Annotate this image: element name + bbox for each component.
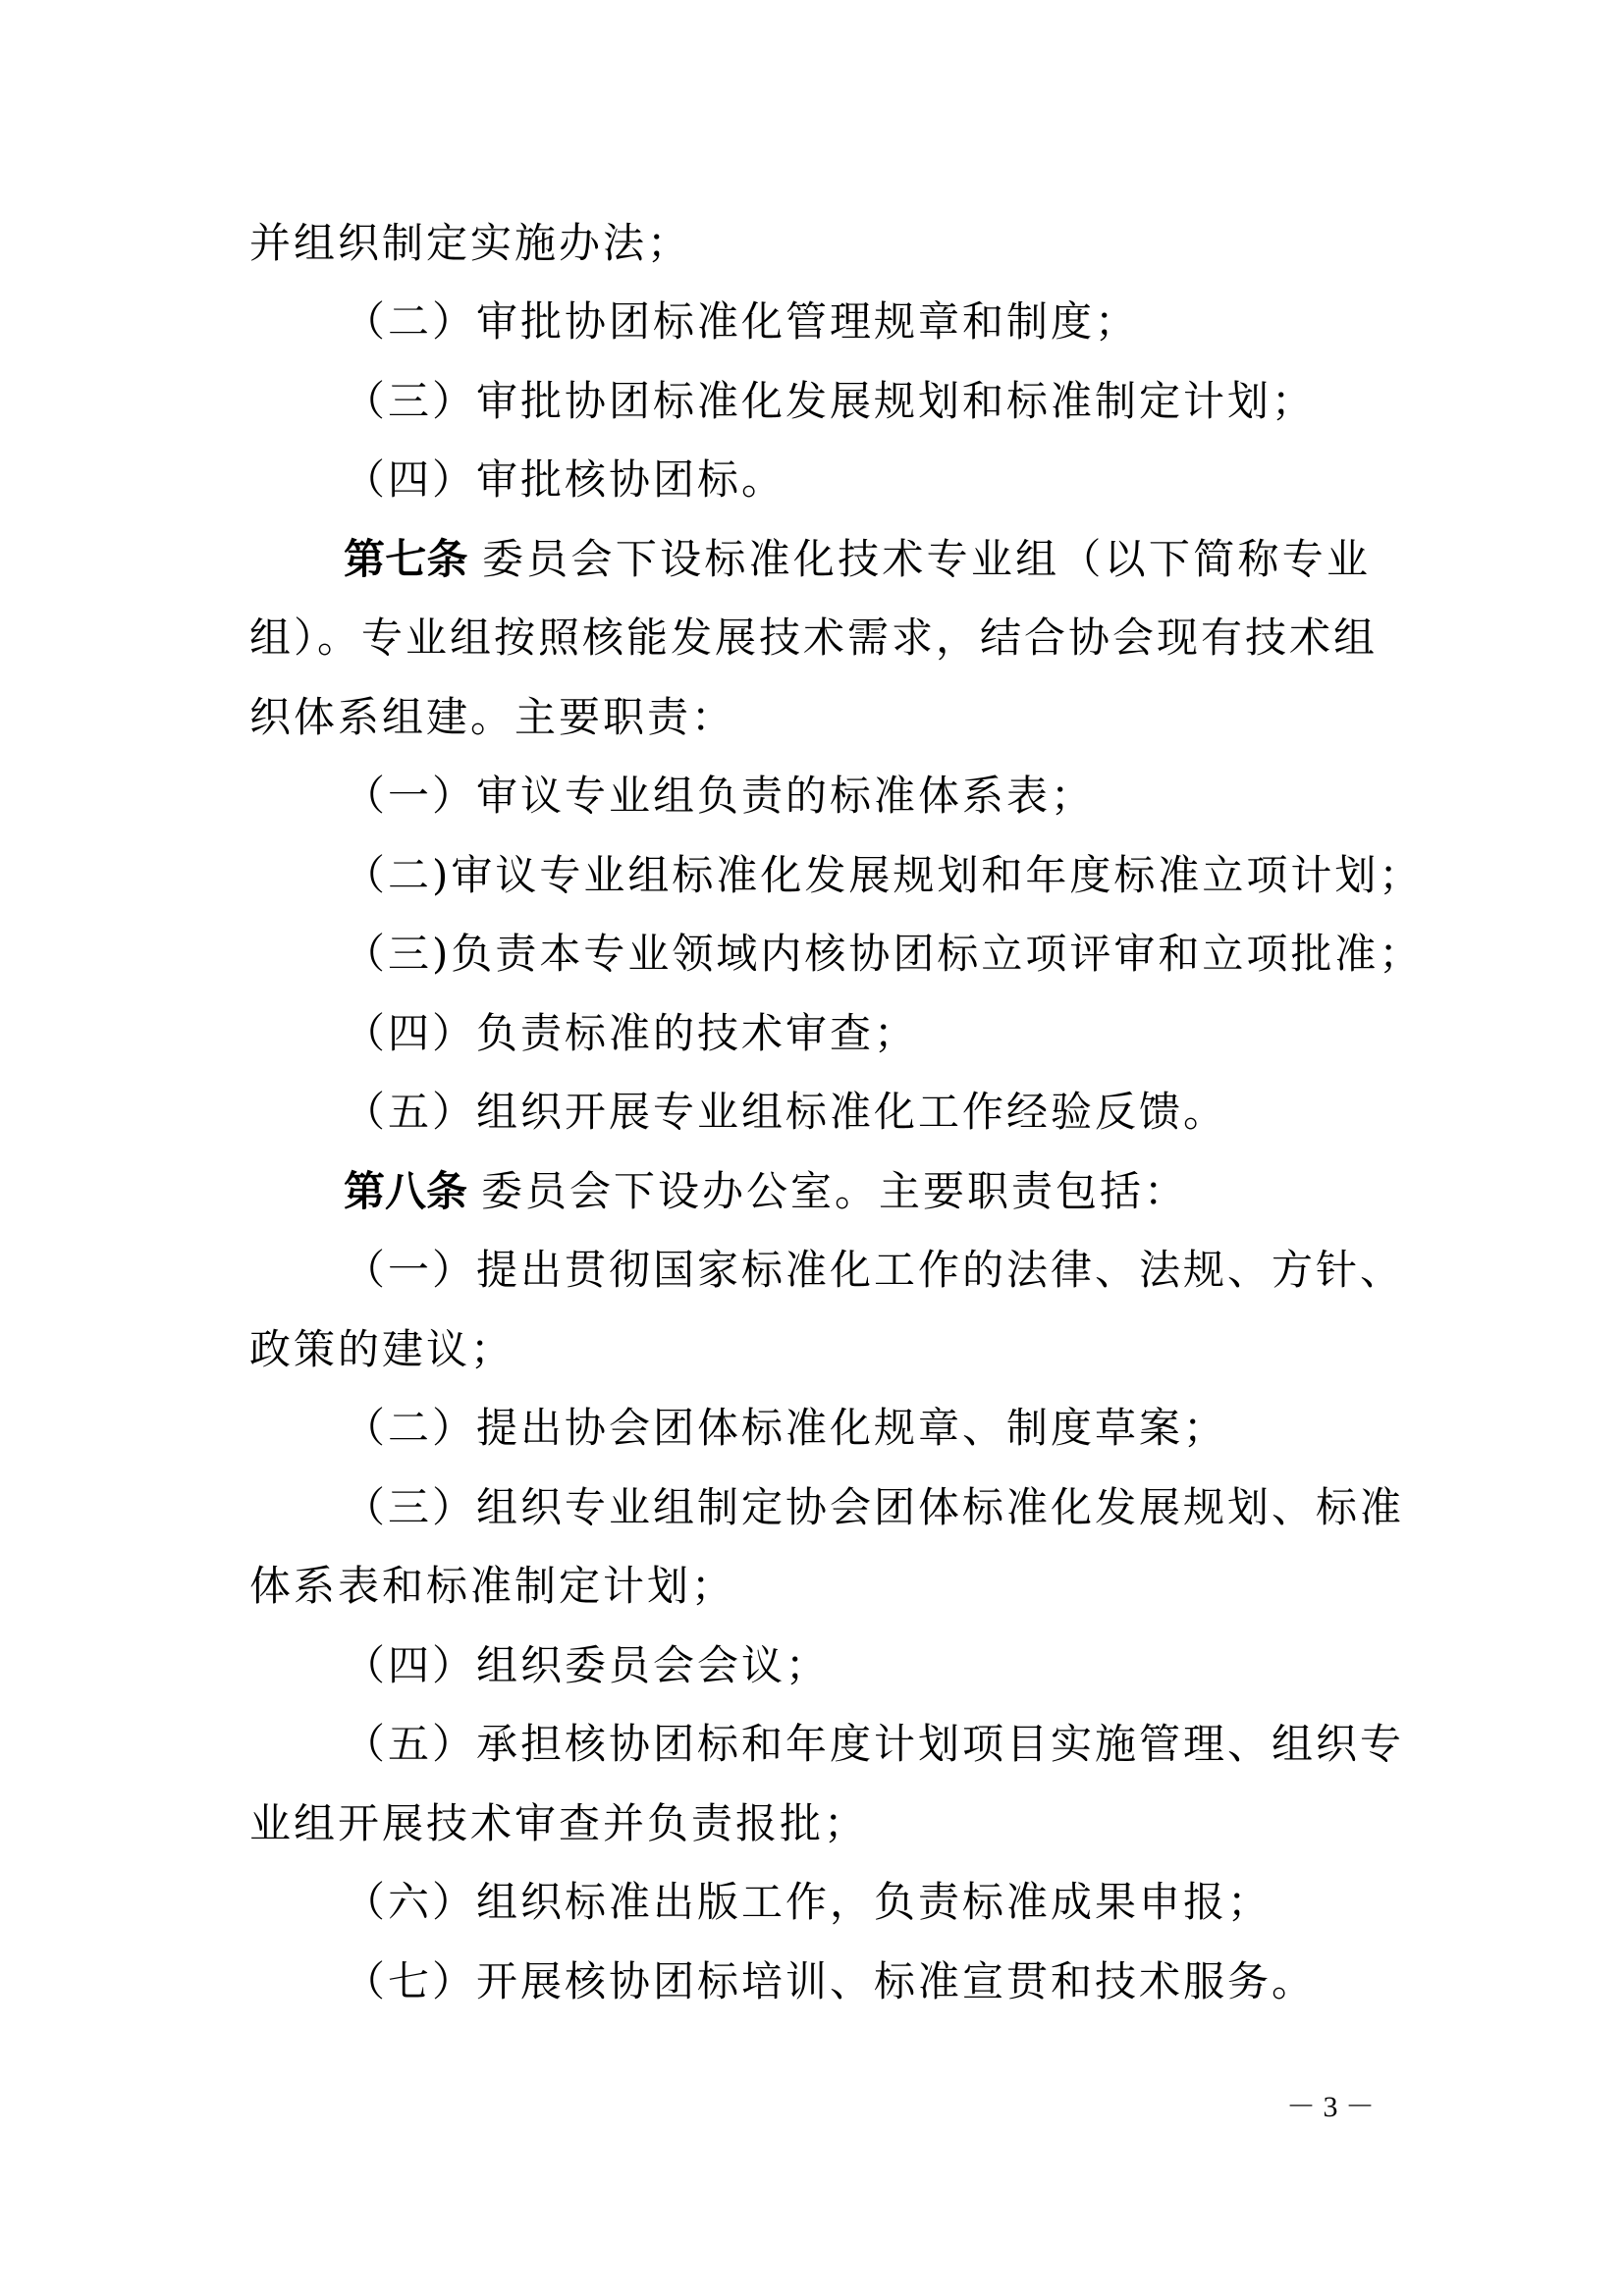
line-text: （四）负责标准的技术审查；	[344, 1009, 918, 1057]
list-item: （二）提出协会团体标准化规章、制度草案；	[344, 1389, 1371, 1468]
article-number: 第七条	[344, 535, 468, 583]
list-item: （三)负责本专业领域内核协团标立项评审和立项批准；	[344, 915, 1371, 993]
line-text: 组）。专业组按照核能发展技术需求，结合协会现有技术组	[249, 614, 1378, 662]
line-text: 织体系组建。主要职责：	[249, 693, 735, 741]
paragraph-line: 组）。专业组按照核能发展技术需求，结合协会现有技术组	[249, 599, 1371, 677]
line-text: 政策的建议；	[249, 1325, 514, 1373]
line-text: （六）组织标准出版工作，负责标准成果申报；	[344, 1878, 1272, 1926]
paragraph-line: 体系表和标准制定计划；	[249, 1547, 1371, 1626]
line-text: 并组织制定实施办法；	[249, 219, 691, 267]
line-text: （三）审批协团标准化发展规划和标准制定计划；	[344, 377, 1316, 425]
line-text: （一）提出贯彻国家标准化工作的法律、法规、方针、	[344, 1246, 1404, 1294]
paragraph-line: 业组开展技术审查并负责报批；	[249, 1785, 1371, 1863]
line-text: 委员会下设办公室。主要职责包括：	[481, 1167, 1188, 1215]
list-item: （三）组织专业组制定协会团体标准化发展规划、标准	[344, 1468, 1371, 1547]
line-text: 体系表和标准制定计划；	[249, 1562, 735, 1610]
list-item: （六）组织标准出版工作，负责标准成果申报；	[344, 1863, 1371, 1942]
document-page: 并组织制定实施办法； （二）审批协团标准化管理规章和制度； （三）审批协团标准化…	[0, 0, 1624, 2296]
list-item: （四）负责标准的技术审查；	[344, 994, 1371, 1073]
list-item: （三）审批协团标准化发展规划和标准制定计划；	[344, 362, 1371, 441]
line-text: （二）审批协团标准化管理规章和制度；	[344, 297, 1139, 346]
list-item: （一）提出贯彻国家标准化工作的法律、法规、方针、	[344, 1231, 1371, 1309]
list-item: （四）审批核协团标。	[344, 441, 1371, 519]
line-text: （四）审批核协团标。	[344, 455, 785, 504]
paragraph-line: 政策的建议；	[249, 1310, 1371, 1389]
line-text: （五）承担核协团标和年度计划项目实施管理、组织专	[344, 1720, 1404, 1768]
article-number: 第八条	[344, 1167, 467, 1215]
line-text: （四）组织委员会会议；	[344, 1641, 830, 1689]
line-text: （七）开展核协团标培训、标准宣贯和技术服务。	[344, 1957, 1316, 2005]
page-number: － 3 －	[1276, 2085, 1384, 2130]
line-text: （五）组织开展专业组标准化工作经验反馈。	[344, 1088, 1227, 1136]
line-text: （二）提出协会团体标准化规章、制度草案；	[344, 1404, 1227, 1452]
line-text: （三）组织专业组制定协会团体标准化发展规划、标准	[344, 1483, 1404, 1531]
list-item: （二)审议专业组标准化发展规划和年度标准立项计划；	[344, 836, 1371, 915]
list-item: （七）开展核协团标培训、标准宣贯和技术服务。	[344, 1943, 1371, 2021]
list-item: （五）组织开展专业组标准化工作经验反馈。	[344, 1073, 1371, 1151]
line-text: 委员会下设标准化技术专业组（以下简称专业	[482, 535, 1371, 583]
line-text: 业组开展技术审查并负责报批；	[249, 1799, 868, 1847]
list-item: （二）审批协团标准化管理规章和制度；	[344, 283, 1371, 361]
line-text: （一）审议专业组负责的标准体系表；	[344, 772, 1095, 820]
line-text: （三)负责本专业领域内核协团标立项评审和立项批准；	[344, 930, 1423, 978]
paragraph-line: 织体系组建。主要职责：	[249, 678, 1371, 757]
list-item: （一）审议专业组负责的标准体系表；	[344, 757, 1371, 835]
paragraph-line: 并组织制定实施办法；	[249, 204, 1371, 283]
article-8-heading-line: 第八条委员会下设办公室。主要职责包括：	[344, 1152, 1371, 1231]
list-item: （四）组织委员会会议；	[344, 1627, 1371, 1705]
line-text: （二)审议专业组标准化发展规划和年度标准立项计划；	[344, 851, 1423, 899]
list-item: （五）承担核协团标和年度计划项目实施管理、组织专	[344, 1705, 1371, 1784]
article-7-heading-line: 第七条委员会下设标准化技术专业组（以下简称专业	[344, 520, 1371, 599]
